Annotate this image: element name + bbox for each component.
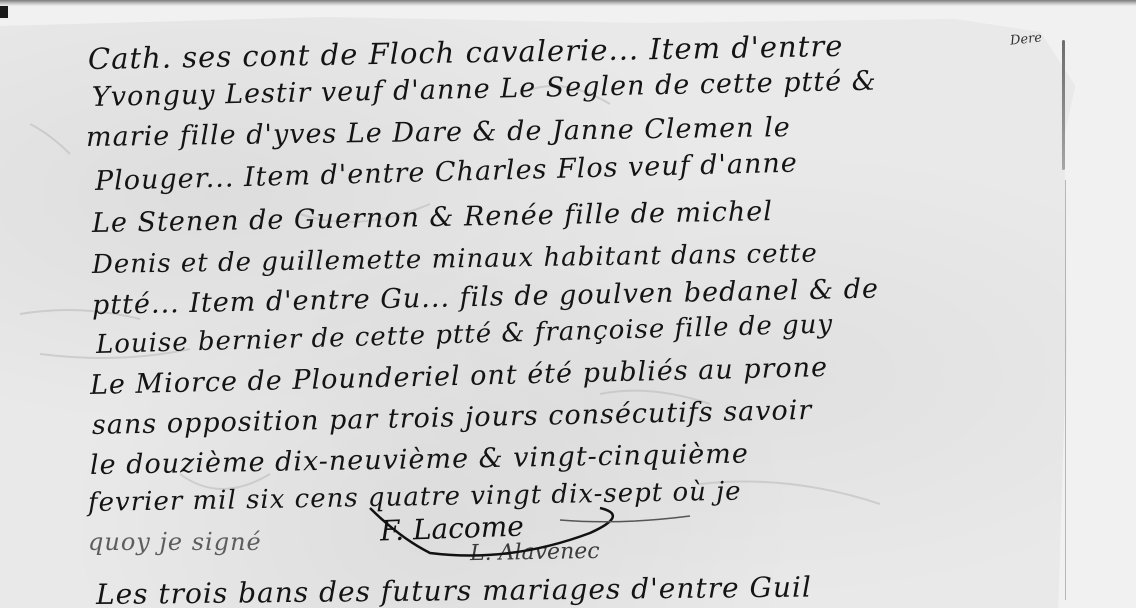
manuscript-line-10: sans opposition par trois jours consécut… xyxy=(92,395,813,441)
manuscript-line-11: le douzième dix-neuvième & vingt-cinquiè… xyxy=(90,439,749,481)
manuscript-line-14: Les trois bans des futurs mariages d'ent… xyxy=(96,571,812,608)
manuscript-line-4: Plouger... Item d'entre Charles Flos veu… xyxy=(95,148,799,197)
manuscript-line-9: Le Miorce de Plounderiel ont été publiés… xyxy=(90,352,829,401)
manuscript-line-5: Le Stenen de Guernon & Renée fille de mi… xyxy=(92,196,773,239)
viewer-top-border xyxy=(0,0,1136,6)
margin-note: Dere xyxy=(1009,30,1042,48)
manuscript-text: Dere Cath. ses cont de Floch cavalerie..… xyxy=(0,0,1136,608)
corner-mark xyxy=(0,6,8,18)
manuscript-line-13: quoy je signé xyxy=(88,528,262,556)
signature-flourish xyxy=(360,500,720,560)
manuscript-line-3: marie fille d'yves Le Dare & de Janne Cl… xyxy=(86,112,791,153)
manuscript-line-6: Denis et de guillemette minaux habitant … xyxy=(92,239,818,280)
document-viewer: Dere Cath. ses cont de Floch cavalerie..… xyxy=(0,0,1136,608)
